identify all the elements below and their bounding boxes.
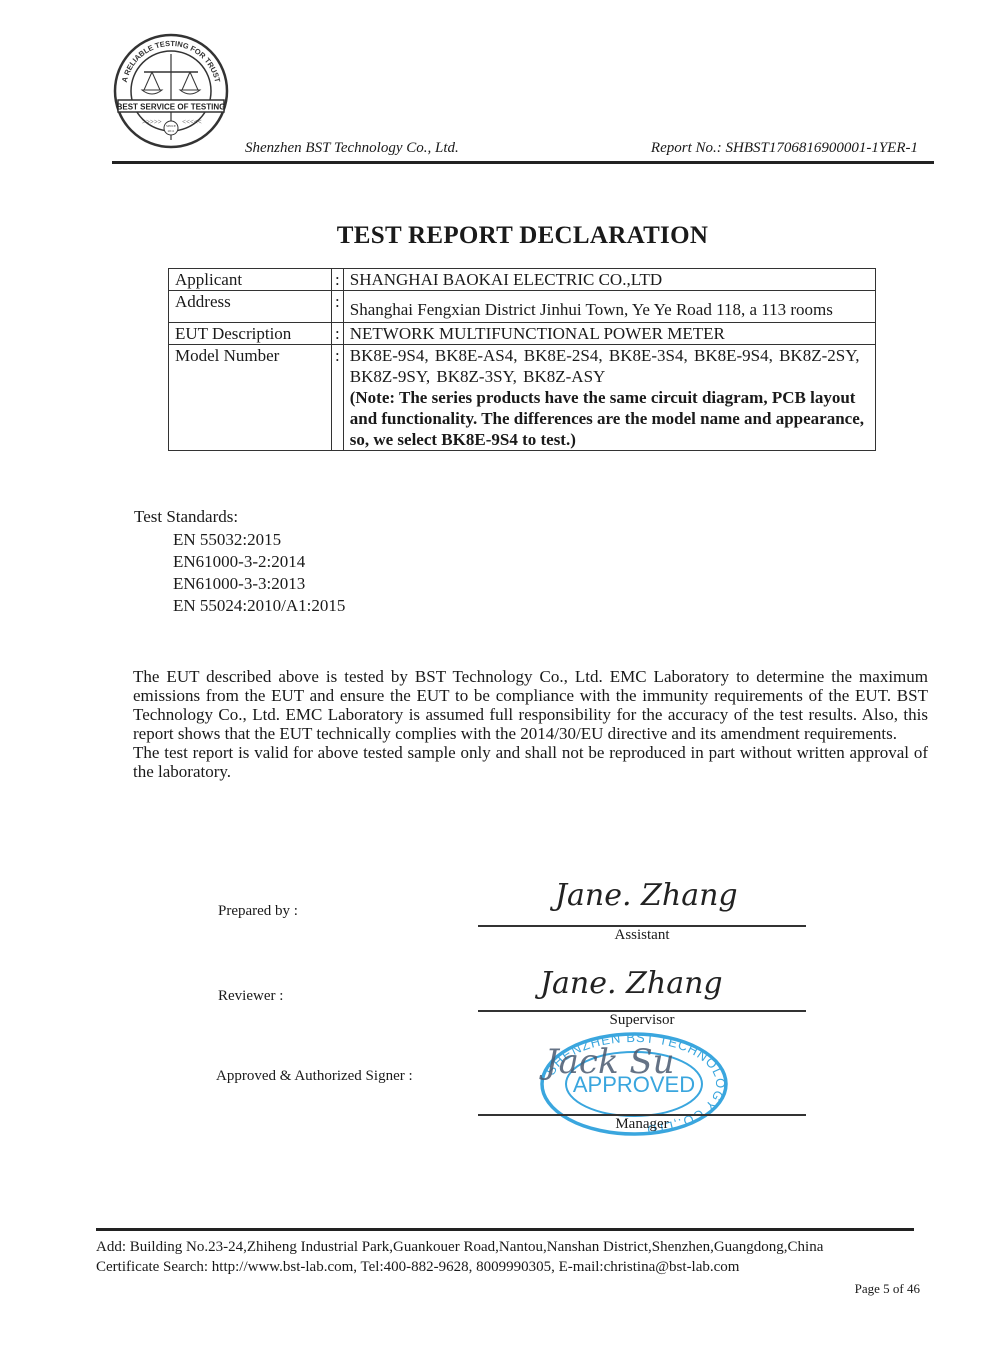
- standard-item: EN61000-3-2:2014: [173, 551, 345, 573]
- page-number: Page 5 of 46: [855, 1281, 920, 1297]
- declaration-info-table: Applicant : SHANGHAI BAOKAI ELECTRIC CO.…: [168, 268, 876, 451]
- declaration-body: The EUT described above is tested by BST…: [133, 667, 928, 781]
- model-note: (Note: The series products have the same…: [350, 387, 869, 450]
- approver-signature: Jack Su: [545, 1042, 675, 1082]
- reviewer-signature: Jane. Zhang: [540, 966, 723, 1001]
- header-company-name: Shenzhen BST Technology Co., Ltd.: [245, 140, 459, 157]
- table-row-eut-description: EUT Description : NETWORK MULTIFUNCTIONA…: [169, 323, 876, 345]
- compliance-paragraph: The EUT described above is tested by BST…: [133, 667, 928, 743]
- table-row-applicant: Applicant : SHANGHAI BAOKAI ELECTRIC CO.…: [169, 269, 876, 291]
- approver-label: Approved & Authorized Signer :: [216, 1068, 413, 1085]
- row-label: EUT Description: [169, 323, 332, 345]
- footer-contact: Certificate Search: http://www.bst-lab.c…: [96, 1259, 739, 1276]
- standard-item: EN 55032:2015: [173, 529, 345, 551]
- bst-logo: A RELIABLE TESTING FOR TRUST BEST SERVIC…: [112, 32, 230, 150]
- prepared-by-role: Assistant: [478, 927, 806, 944]
- row-value: SHANGHAI BAOKAI ELECTRIC CO.,LTD: [343, 269, 875, 291]
- row-separator: :: [332, 345, 344, 451]
- svg-text:BEST SERVICE OF TESTING: BEST SERVICE OF TESTING: [117, 103, 226, 112]
- prepared-by-signature: Jane. Zhang: [555, 878, 738, 913]
- reviewer-role: Supervisor: [478, 1012, 806, 1029]
- standard-item: EN 55024:2010/A1:2015: [173, 595, 345, 617]
- row-value: BK8E-9S4, BK8E-AS4, BK8E-2S4, BK8E-3S4, …: [343, 345, 875, 451]
- reviewer-label: Reviewer :: [218, 988, 283, 1005]
- table-row-address: Address : Shanghai Fengxian District Jin…: [169, 291, 876, 323]
- model-list: BK8E-9S4, BK8E-AS4, BK8E-2S4, BK8E-3S4, …: [350, 345, 869, 387]
- prepared-by-label: Prepared by :: [218, 903, 298, 920]
- header-report-number: Report No.: SHBST1706816900001-1YER-1: [651, 140, 918, 157]
- row-label: Applicant: [169, 269, 332, 291]
- test-standards-list: EN 55032:2015 EN61000-3-2:2014 EN61000-3…: [173, 529, 345, 617]
- standard-item: EN61000-3-3:2013: [173, 573, 345, 595]
- svg-text:SINCE: SINCE: [166, 124, 176, 128]
- test-standards-heading: Test Standards:: [134, 507, 238, 527]
- row-value: Shanghai Fengxian District Jinhui Town, …: [343, 291, 875, 323]
- svg-text:2011: 2011: [168, 129, 175, 133]
- table-row-model-number: Model Number : BK8E-9S4, BK8E-AS4, BK8E-…: [169, 345, 876, 451]
- row-label: Model Number: [169, 345, 332, 451]
- footer-divider: [96, 1228, 914, 1231]
- row-value: NETWORK MULTIFUNCTIONAL POWER METER: [343, 323, 875, 345]
- row-separator: :: [332, 291, 344, 323]
- row-separator: :: [332, 323, 344, 345]
- row-separator: :: [332, 269, 344, 291]
- footer-address: Add: Building No.23-24,Zhiheng Industria…: [96, 1239, 823, 1256]
- svg-text:>>>>>: >>>>>: [142, 118, 162, 126]
- page-title: TEST REPORT DECLARATION: [0, 222, 1000, 250]
- header-divider: [112, 161, 934, 164]
- validity-paragraph: The test report is valid for above teste…: [133, 743, 928, 781]
- row-label: Address: [169, 291, 332, 323]
- svg-text:<<<<<: <<<<<: [182, 118, 202, 126]
- approver-role: Manager: [478, 1116, 806, 1133]
